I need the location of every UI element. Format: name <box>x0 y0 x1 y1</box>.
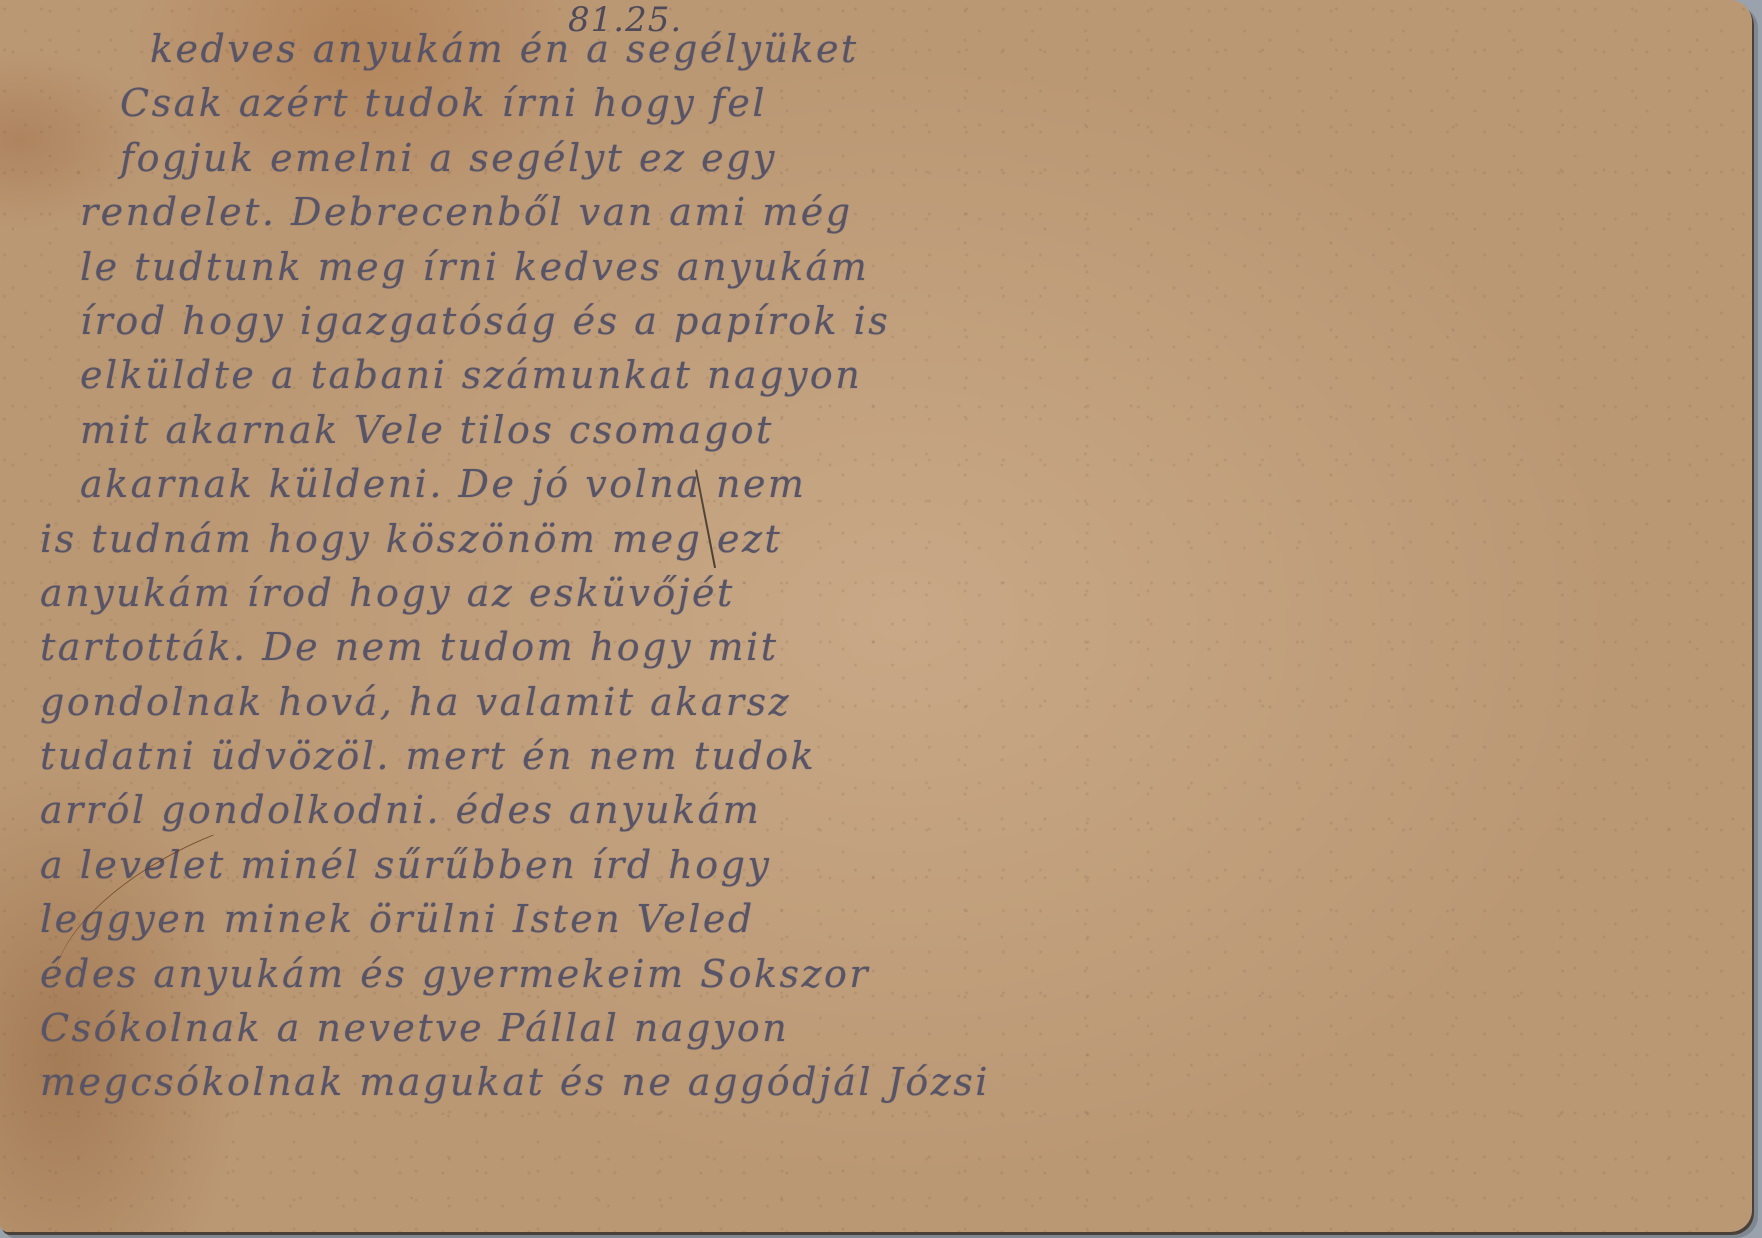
text-line: akarnak küldeni. De jó volna nem <box>40 457 1730 511</box>
handwritten-text: kedves anyukám én a segélyüket Csak azér… <box>40 22 1730 1110</box>
text-line: mit akarnak Vele tilos csomagot <box>40 403 1730 457</box>
text-line: Csókolnak a nevetve Pállal nagyon <box>40 1001 1730 1055</box>
text-line: írod hogy igazgatóság és a papírok is <box>40 294 1730 348</box>
text-line: leggyen minek örülni Isten Veled <box>40 892 1730 946</box>
text-line: rendelet. Debrecenből van ami még <box>40 185 1730 239</box>
text-line: Csak azért tudok írni hogy fel <box>40 76 1730 130</box>
text-line: arról gondolkodni. édes anyukám <box>40 783 1730 837</box>
text-line: édes anyukám és gyermekeim Sokszor <box>40 947 1730 1001</box>
text-line: a levelet minél sűrűbben írd hogy <box>40 838 1730 892</box>
text-line: tudatni üdvözöl. mert én nem tudok <box>40 729 1730 783</box>
text-line: megcsókolnak magukat és ne aggódjál Józs… <box>40 1055 1730 1109</box>
text-line: le tudtunk meg írni kedves anyukám <box>40 240 1730 294</box>
text-line: anyukám írod hogy az esküvőjét <box>40 566 1730 620</box>
text-line: kedves anyukám én a segélyüket <box>40 22 1730 76</box>
postcard: 81.25. kedves anyukám én a segélyüket Cs… <box>0 0 1752 1232</box>
text-line: tartották. De nem tudom hogy mit <box>40 620 1730 674</box>
text-line: gondolnak hová, ha valamit akarsz <box>40 675 1730 729</box>
text-line: fogjuk emelni a segélyt ez egy <box>40 131 1730 185</box>
text-line: is tudnám hogy köszönöm meg ezt <box>40 512 1730 566</box>
text-line: elküldte a tabani számunkat nagyon <box>40 348 1730 402</box>
